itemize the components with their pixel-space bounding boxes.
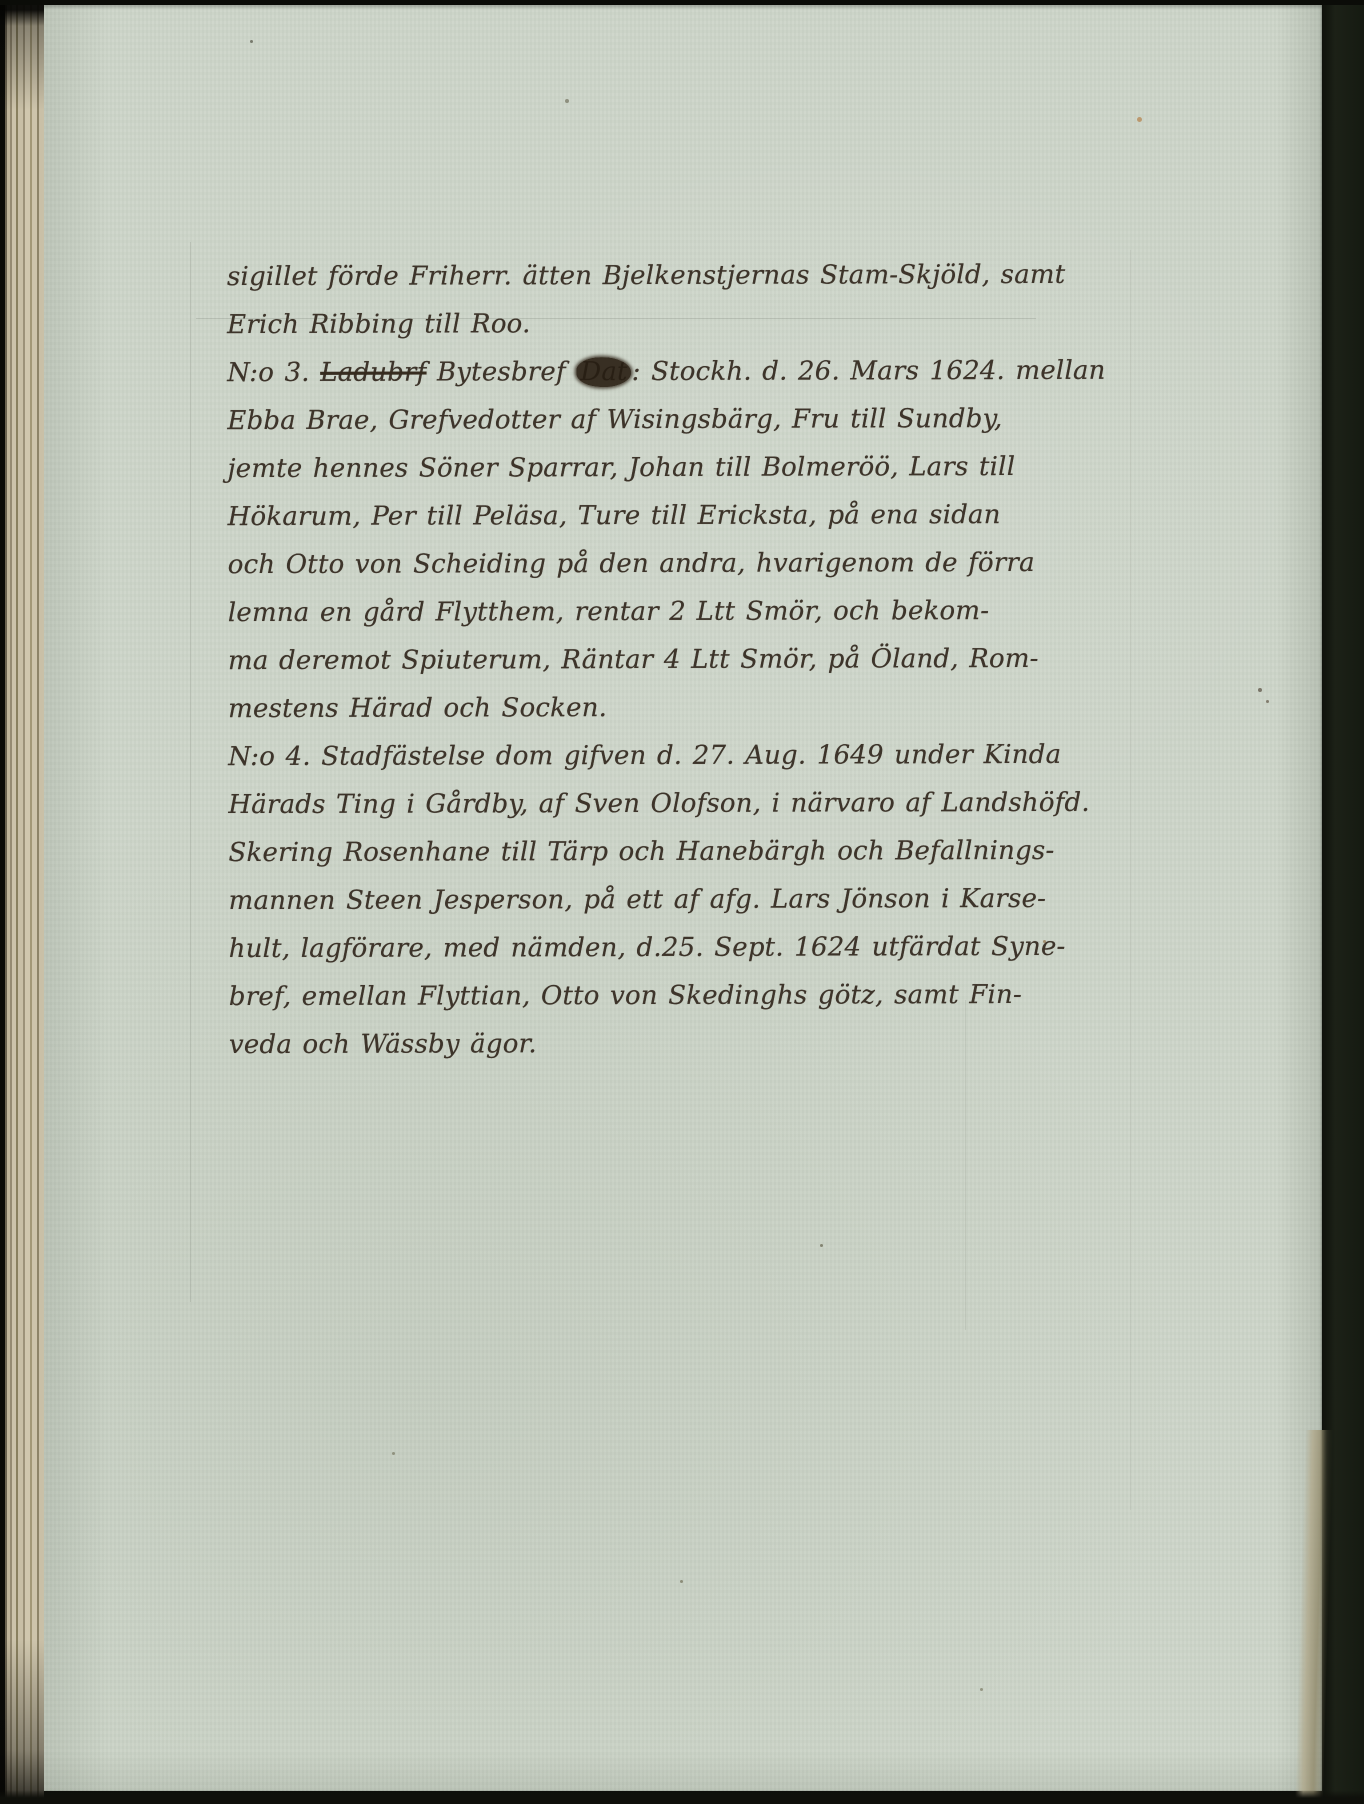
- paper-speck: [820, 1244, 823, 1247]
- text-line-16: bref, emellan Flyttian, Otto von Skeding…: [229, 971, 1041, 1021]
- scan-edge-right: [1320, 0, 1364, 1804]
- paper-speck: [565, 99, 569, 103]
- text-line-13: Skering Rosenhane till Tärp och Hanebärg…: [228, 827, 1040, 877]
- text-line-2: Erich Ribbing till Roo.: [227, 299, 1039, 349]
- paper-speck: [1266, 700, 1269, 703]
- text-line-9: ma deremot Spiuterum, Räntar 4 Ltt Smör,…: [228, 635, 1040, 685]
- paper-speck: [1258, 688, 1262, 692]
- text-segment: Erich Ribbing till Roo.: [227, 309, 530, 340]
- text-line-7: och Otto von Scheiding på den andra, hva…: [228, 539, 1040, 589]
- manuscript-text: sigillet förde Friherr. ätten Bjelkenstj…: [227, 251, 1041, 1069]
- text-line-17: veda och Wässby ägor.: [229, 1019, 1041, 1069]
- text-segment: Ebba Brae, Grefvedotter af Wisingsbärg, …: [227, 404, 1002, 436]
- text-segment: och Otto von Scheiding på den andra, hva…: [228, 548, 1035, 580]
- text-line-4: Ebba Brae, Grefvedotter af Wisingsbärg, …: [227, 395, 1039, 445]
- scan-edge-bottom: [0, 1790, 1364, 1804]
- manuscript-scan: sigillet förde Friherr. ätten Bjelkenstj…: [0, 0, 1364, 1804]
- paper-crease: [1130, 250, 1131, 1510]
- scan-edge-top: [0, 0, 1364, 5]
- text-segment: sigillet förde Friherr. ätten Bjelkenstj…: [227, 260, 1065, 292]
- text-line-6: Hökarum, Per till Peläsa, Ture till Eric…: [228, 491, 1040, 541]
- text-segment: mestens Härad och Socken.: [228, 693, 607, 724]
- text-segment: Bytesbref: [426, 357, 576, 387]
- text-line-14: mannen Steen Jesperson, på ett af afg. L…: [229, 875, 1041, 925]
- book-binding-page-edges: [0, 0, 44, 1804]
- paper-speck: [980, 1688, 983, 1691]
- struck-out-word: Ladubrf: [320, 358, 426, 388]
- text-segment: lemna en gård Flytthem, rentar 2 Ltt Smö…: [228, 596, 989, 628]
- text-segment: bref, emellan Flyttian, Otto von Skeding…: [229, 980, 1022, 1012]
- text-segment: hult, lagförare, med nämden, d.25. Sept.…: [229, 932, 1066, 964]
- text-line-5: jemte hennes Söner Sparrar, Johan till B…: [227, 443, 1039, 493]
- paper-speck: [250, 40, 253, 43]
- text-line-1: sigillet förde Friherr. ätten Bjelkenstj…: [227, 251, 1039, 301]
- text-line-8: lemna en gård Flytthem, rentar 2 Ltt Smö…: [228, 587, 1040, 637]
- margin-rule-left: [190, 242, 191, 1302]
- text-segment: Härads Ting i Gårdby, af Sven Olofson, i…: [228, 788, 1090, 820]
- text-line-3: N:o 3. Ladubrf Bytesbref Dat: Stockh. d.…: [227, 347, 1039, 397]
- paper-speck: [392, 1452, 395, 1455]
- text-segment: : Stockh. d. 26. Mars 1624. mellan: [632, 356, 1106, 387]
- ink-blotted-word: Dat: [576, 357, 631, 387]
- text-segment: ma deremot Spiuterum, Räntar 4 Ltt Smör,…: [228, 644, 1039, 676]
- text-segment: Skering Rosenhane till Tärp och Hanebärg…: [228, 836, 1054, 868]
- text-segment: veda och Wässby ägor.: [229, 1029, 537, 1060]
- text-line-10: mestens Härad och Socken.: [228, 683, 1040, 733]
- text-line-11: N:o 4. Stadfästelse dom gifven d. 27. Au…: [228, 731, 1040, 781]
- paper-speck: [680, 1580, 683, 1583]
- text-segment: mannen Steen Jesperson, på ett af afg. L…: [229, 884, 1047, 916]
- text-line-12: Härads Ting i Gårdby, af Sven Olofson, i…: [228, 779, 1040, 829]
- paper-speck: [1043, 940, 1046, 943]
- text-line-15: hult, lagförare, med nämden, d.25. Sept.…: [229, 923, 1041, 973]
- text-segment: Hökarum, Per till Peläsa, Ture till Eric…: [228, 500, 1001, 532]
- text-segment: N:o 4. Stadfästelse dom gifven d. 27. Au…: [228, 740, 1061, 772]
- text-segment: jemte hennes Söner Sparrar, Johan till B…: [227, 452, 1015, 484]
- text-segment: N:o 3.: [227, 358, 320, 388]
- paper-speck: [1137, 117, 1142, 122]
